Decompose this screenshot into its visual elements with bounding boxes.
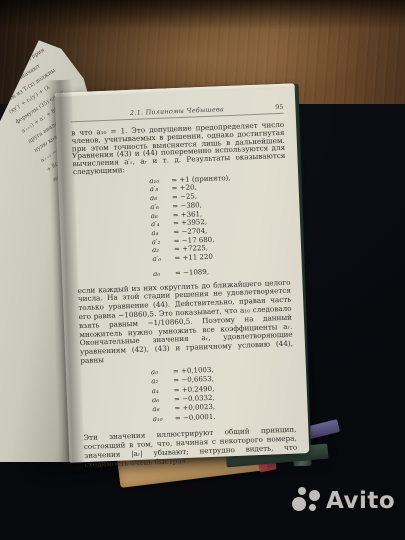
paragraph-intro: в что a₁₀ = 1. Это допущение предопредел… [71, 121, 286, 176]
paragraph-rounding: если каждый из них округлить до ближайше… [77, 278, 293, 366]
book-photo-scene: 15 см Гл. 2. Вычисление функцийсловия пр… [0, 0, 405, 540]
avito-watermark: Avito [292, 487, 395, 515]
equation-variable: a₀ [153, 269, 175, 279]
right-page: 2.1. Полиномы Чебышева 95 в что a₁₀ = 1.… [55, 83, 310, 462]
equation-list-integer: a₁₀= +1 (принято),a′₈= +20,a₈= −25,a′₆= … [149, 172, 289, 264]
equation-list-final: a₀= +0,1003,a₂= −0,6653,a₄= +0,2490,a₆= … [151, 362, 296, 424]
page-content: 2.1. Полиномы Чебышева 95 в что a₁₀ = 1.… [70, 103, 297, 452]
page-number: 95 [275, 103, 283, 111]
equation-a0: a₀ = −1089, [153, 264, 290, 278]
equation-value: = +11 220 [174, 253, 213, 263]
equation-line: a₀ = −1089, [153, 264, 290, 278]
equation-variable: a₁₀ [153, 414, 175, 424]
equation-value: = −0,0001. [175, 412, 216, 423]
avito-watermark-text: Avito [326, 488, 395, 514]
equation-value: = −1089, [175, 268, 209, 278]
table-edge-shadow [0, 0, 405, 30]
equation-variable: a′₀ [152, 254, 174, 264]
avito-logo-icon [292, 487, 322, 515]
